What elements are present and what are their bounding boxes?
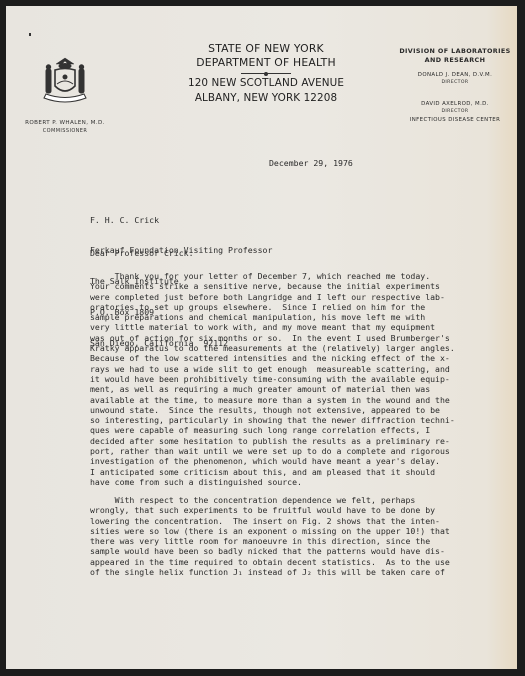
body-line: Thank you for your letter of December 7,… xyxy=(90,271,455,281)
body-line: decided after some hesitation to publish… xyxy=(90,436,455,446)
body-line: Your comments strike a sensitive nerve, … xyxy=(90,281,455,291)
heading-divider xyxy=(241,73,291,74)
commissioner-name: ROBERT P. WHALEN, M.D. xyxy=(6,120,124,126)
body-line: have come from such a distinguished sour… xyxy=(90,477,455,487)
director1-name: DONALD J. DEAN, D.V.M. xyxy=(380,72,517,78)
commissioner-block: ROBERT P. WHALEN, M.D. COMMISSIONER xyxy=(6,120,124,134)
department-heading: STATE OF NEW YORK DEPARTMENT OF HEALTH 1… xyxy=(182,42,350,105)
body-line: very little material to work with, and m… xyxy=(90,322,455,332)
body-paragraph-1: Thank you for your letter of December 7,… xyxy=(90,271,455,487)
body-line: unwound state. Since the results, though… xyxy=(90,405,455,415)
director1-title: DIRECTOR xyxy=(380,80,517,85)
body-line: rays we had to use a wide slit to get en… xyxy=(90,364,455,374)
body-line: sample would have been so badly nicked t… xyxy=(90,546,450,556)
body-line: port, rather than wait until we were set… xyxy=(90,446,455,456)
director2-title: DIRECTOR xyxy=(380,109,517,114)
body-line: it would have been prohibitively time-co… xyxy=(90,374,455,384)
body-line: sample preparations and chemical manipul… xyxy=(90,312,455,322)
department-name: DEPARTMENT OF HEALTH xyxy=(182,56,350,70)
body-line: of the single helix function J₁ instead … xyxy=(90,567,450,577)
salutation: Dear Professor Crick: xyxy=(90,248,194,258)
city-address: ALBANY, NEW YORK 12208 xyxy=(182,91,350,106)
body-line: ment, as well as requiring a much greate… xyxy=(90,384,455,394)
body-line: I anticipated some criticism about this,… xyxy=(90,467,455,477)
letter-page: ROBERT P. WHALEN, M.D. COMMISSIONER STAT… xyxy=(6,6,517,669)
division-name-2: AND RESEARCH xyxy=(380,56,517,65)
commissioner-title: COMMISSIONER xyxy=(6,128,124,134)
body-line: lowering the concentration. The insert o… xyxy=(90,516,450,526)
center-name: INFECTIOUS DISEASE CENTER xyxy=(380,117,517,123)
body-line: ques were capable of measuring such long… xyxy=(90,425,455,435)
new-york-state-seal-icon xyxy=(40,56,90,110)
state-name: STATE OF NEW YORK xyxy=(182,42,350,56)
address-line: F. H. C. Crick xyxy=(90,215,272,225)
letter-date: December 29, 1976 xyxy=(269,158,353,168)
body-line: were completed just before both Langridg… xyxy=(90,292,455,302)
body-line: With respect to the concentration depend… xyxy=(90,495,450,505)
body-line: wrongly, that such experiments to be fru… xyxy=(90,505,450,515)
body-line: sities were so low (there is an exponent… xyxy=(90,526,450,536)
body-line: was out of action for six months or so. … xyxy=(90,333,455,343)
street-address: 120 NEW SCOTLAND AVENUE xyxy=(182,76,350,91)
body-line: investigation of the phenomenon, which w… xyxy=(90,456,455,466)
body-line: Because of the low scattered intensities… xyxy=(90,353,455,363)
body-line: available at the time, to measure more t… xyxy=(90,395,455,405)
body-line: there was very little room for manoeuvre… xyxy=(90,536,450,546)
body-line: so interesting, particularly in showing … xyxy=(90,415,455,425)
director2-name: DAVID AXELROD, M.D. xyxy=(380,101,517,107)
body-line: Kratky apparatus to do the measurements … xyxy=(90,343,455,353)
division-name: DIVISION OF LABORATORIES xyxy=(380,47,517,56)
body-line: appeared in the time required to obtain … xyxy=(90,557,450,567)
body-paragraph-2: With respect to the concentration depend… xyxy=(90,495,450,577)
division-block: DIVISION OF LABORATORIES AND RESEARCH DO… xyxy=(380,47,517,123)
body-line: oratories to set up groups elsewhere. Si… xyxy=(90,302,455,312)
page-mark xyxy=(29,33,31,36)
